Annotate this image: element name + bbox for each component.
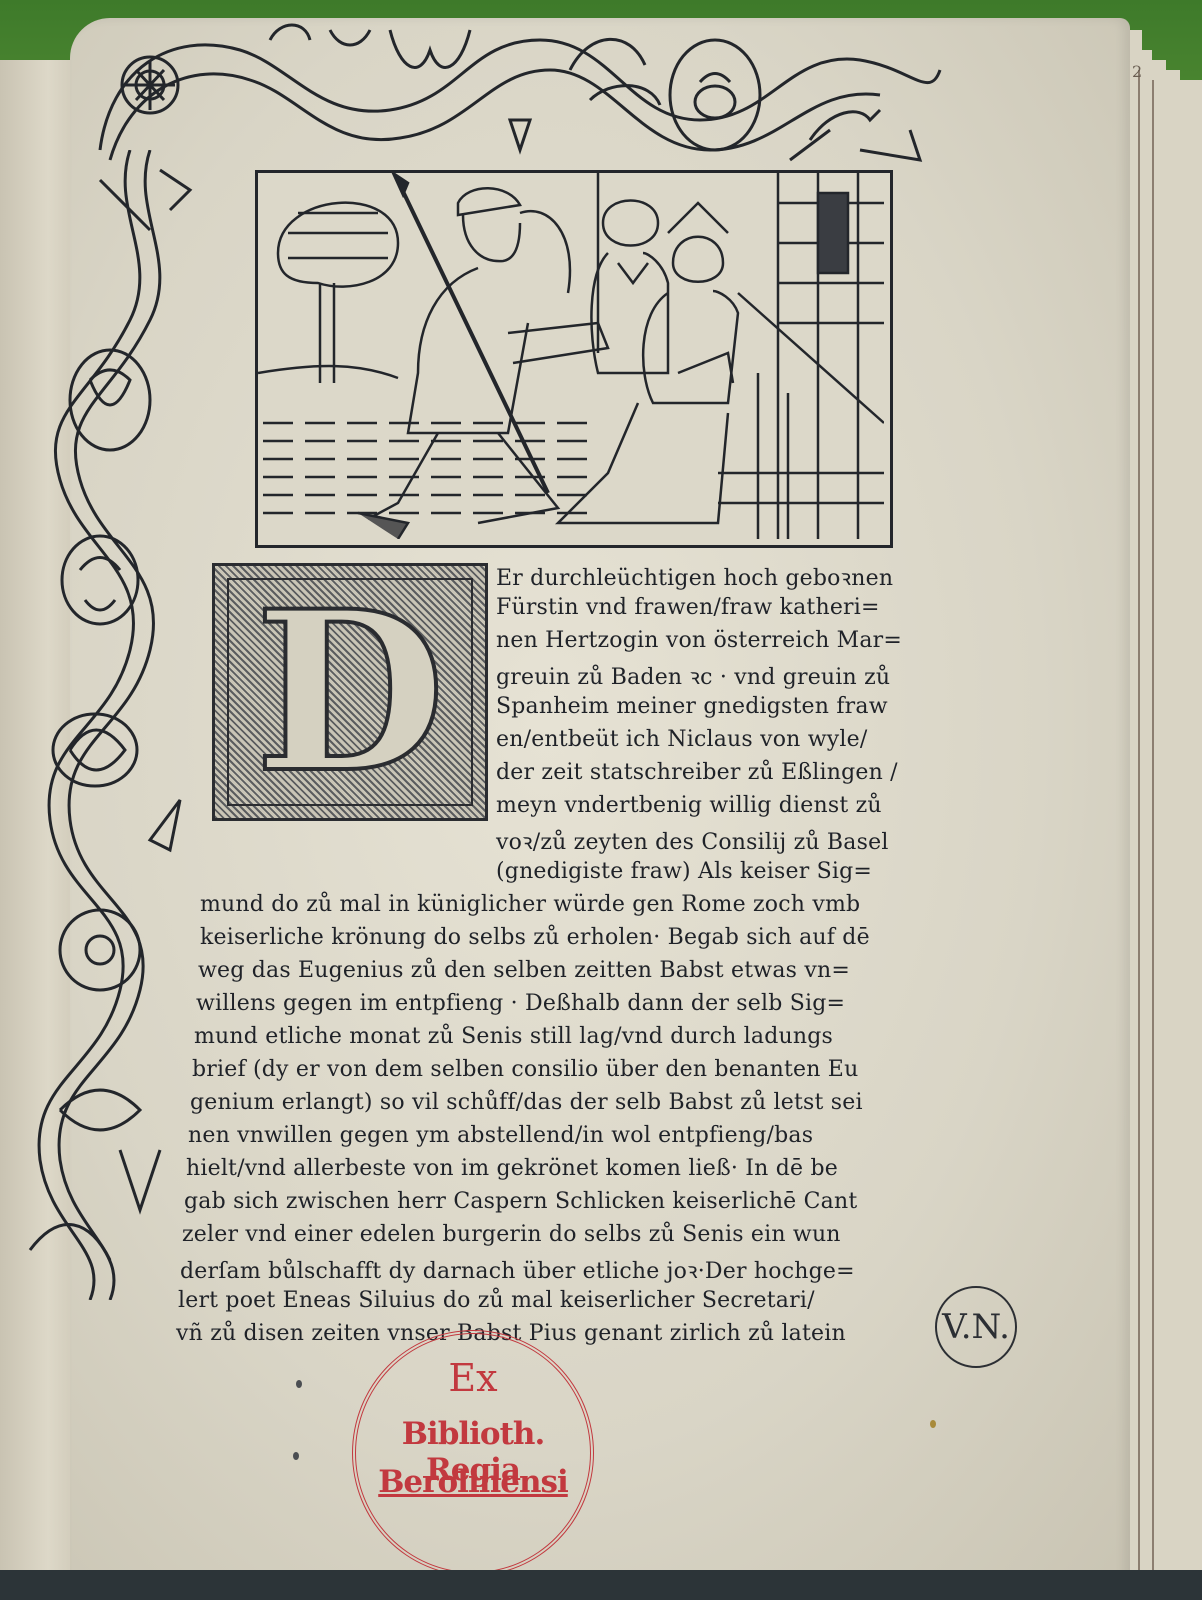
text-line: greuin zů Baden ꝛc · vnd greuin zů (496, 661, 890, 691)
text-line: mund do zů mal in küniglicher würde gen … (200, 892, 860, 917)
text-line: derſam bůlschafft dy darnach über etlich… (180, 1255, 855, 1285)
text-line: Spanheim meiner gnedigsten fraw (496, 694, 888, 719)
woodcut-illustration (255, 170, 893, 548)
round-ownership-mark: V.N. (935, 1286, 1017, 1368)
stain-spot (930, 1420, 936, 1428)
ornamental-left-border-icon (0, 150, 200, 1300)
text-line: brief (dy er von dem selben consilio übe… (192, 1057, 858, 1082)
text-line: nen vnwillen gegen ym abstellend/in wol … (188, 1123, 813, 1148)
text-line: zeler vnd einer edelen burgerin do selbs… (182, 1222, 841, 1247)
text-line: genium erlangt) so vil schůff/das der se… (190, 1090, 863, 1115)
corner-mark: 2 (1132, 62, 1142, 81)
text-line: meyn vndertbenig willig dienst zů (496, 793, 882, 818)
text-line: (gnedigiste fraw) Als keiser Sig= (496, 859, 872, 884)
text-line: keiserliche krönung do selbs zů erholen·… (200, 925, 870, 950)
initial-letter: D (255, 582, 446, 802)
text-line: mund etliche monat zů Senis still lag/vn… (194, 1024, 833, 1049)
text-line: weg das Eugenius zů den selben zeitten B… (198, 958, 850, 983)
ornamental-top-border-icon (90, 10, 950, 170)
text-line: voꝛ/zů zeyten des Consilij zů Basel (496, 826, 889, 856)
ink-spot (296, 1380, 302, 1388)
text-line: lert poet Eneas Siluius do zů mal keiser… (178, 1288, 815, 1313)
text-line: hielt/vnd allerbeste von im gekrönet kom… (186, 1156, 838, 1181)
text-line: gab sich zwischen herr Caspern Schlicken… (184, 1189, 857, 1214)
woodcut-scene-icon (258, 173, 884, 539)
library-stamp: Ex Biblioth. Regia Berolinensi (352, 1330, 594, 1576)
stamp-line-3: Berolinensi (356, 1464, 590, 1500)
text-line: der zeit statschreiber zů Eßlingen / (496, 760, 898, 785)
text-line: Fürstin vnd frawen/fraw katheri= (496, 595, 880, 620)
decorated-initial: D (212, 563, 488, 821)
text-line: nen Hertzogin von österreich Mar= (496, 628, 902, 653)
text-line: willens gegen im entpfieng · Deßhalb dan… (196, 991, 845, 1016)
dark-bottom-edge (0, 1570, 1202, 1600)
stamp-line-1: Ex (356, 1356, 590, 1400)
text-line: en/entbeüt ich Niclaus von wyle/ (496, 727, 867, 752)
text-line: Er durchleüchtigen hoch geboꝛnen (496, 562, 893, 592)
ink-spot (293, 1452, 299, 1460)
